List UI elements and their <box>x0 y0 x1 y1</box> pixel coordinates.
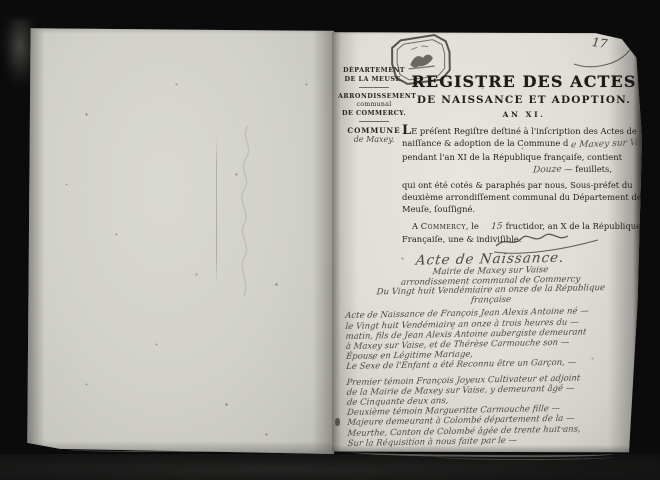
page-crease <box>216 136 217 286</box>
arrondissement-label: ARRONDISSEMENT <box>338 92 410 101</box>
folio-flourish <box>572 42 642 70</box>
birth-act-entry: Acte de Naissance. Mairie de Maxey sur V… <box>344 248 640 449</box>
declaration-text: — feuillets, <box>564 164 612 174</box>
declaration-line: Douze — feuillets, <box>402 163 640 176</box>
declaration-line: Meuſe, ſouſſigné. <box>402 203 640 215</box>
margin-column: DÉPARTEMENT DE LA MEUSE. ARRONDISSEMENT … <box>338 66 410 144</box>
commune-fill-in: e Maxey sur Vaise <box>571 137 655 152</box>
sheet-count-fill-in: Douze <box>533 164 562 177</box>
underlying-page-edge <box>436 454 614 460</box>
register-title: REGISTRE DES ACTES <box>410 72 638 91</box>
scanned-register-spread: 17 DÉPARTEMENT DE LA MEUSE. ARRONDISSEME… <box>0 0 660 480</box>
register-header: REGISTRE DES ACTES DE NAISSANCE ET ADOPT… <box>410 72 638 119</box>
departement-label: DÉPARTEMENT <box>338 66 410 75</box>
act-body: Acte de Naissance de François Jean Alexi… <box>345 306 640 449</box>
dateline-text: A <box>412 221 418 231</box>
register-subtitle: DE NAISSANCE ET ADOPTION. <box>410 94 638 106</box>
place-name: Commercy <box>421 221 466 231</box>
dateline-text: , le <box>466 221 479 231</box>
declaration-line: qui ont été cotés & paraphés par nous, S… <box>402 179 640 191</box>
declaration-text: E préſent Regiſtre deſtiné à l'inſcripti… <box>411 126 637 136</box>
declaration-line: naiſſance & adoption de la Commune d e M… <box>402 137 640 150</box>
drop-capital: L <box>402 123 411 138</box>
paper-specks <box>332 28 333 29</box>
departement-value: DE LA MEUSE. <box>338 75 410 84</box>
declaration-line: pendant l'an XI de la République françai… <box>402 151 640 163</box>
commune-handwritten-value: de Maxey. <box>338 135 410 144</box>
bleed-through-writing <box>230 124 260 304</box>
register-year: AN XI. <box>410 110 638 119</box>
folio-number: 17 <box>584 32 638 72</box>
declaration-line: deuxième arrondiſſement communal du Dépa… <box>402 191 640 203</box>
register-title-page: 17 DÉPARTEMENT DE LA MEUSE. ARRONDISSEME… <box>332 28 642 454</box>
left-blank-page <box>26 24 334 454</box>
commune-label: COMMUNE <box>338 126 410 135</box>
ink-blot <box>335 418 340 426</box>
divider-rule <box>359 121 389 122</box>
arrondissement-line3: DE COMMERCY. <box>338 109 410 118</box>
declaration-line: LE préſent Regiſtre deſtiné à l'inſcript… <box>402 125 640 137</box>
divider-rule <box>359 87 389 88</box>
arrondissement-line2: communal <box>338 101 410 109</box>
declaration-text: naiſſance & adoption de la Commune d <box>402 138 568 148</box>
